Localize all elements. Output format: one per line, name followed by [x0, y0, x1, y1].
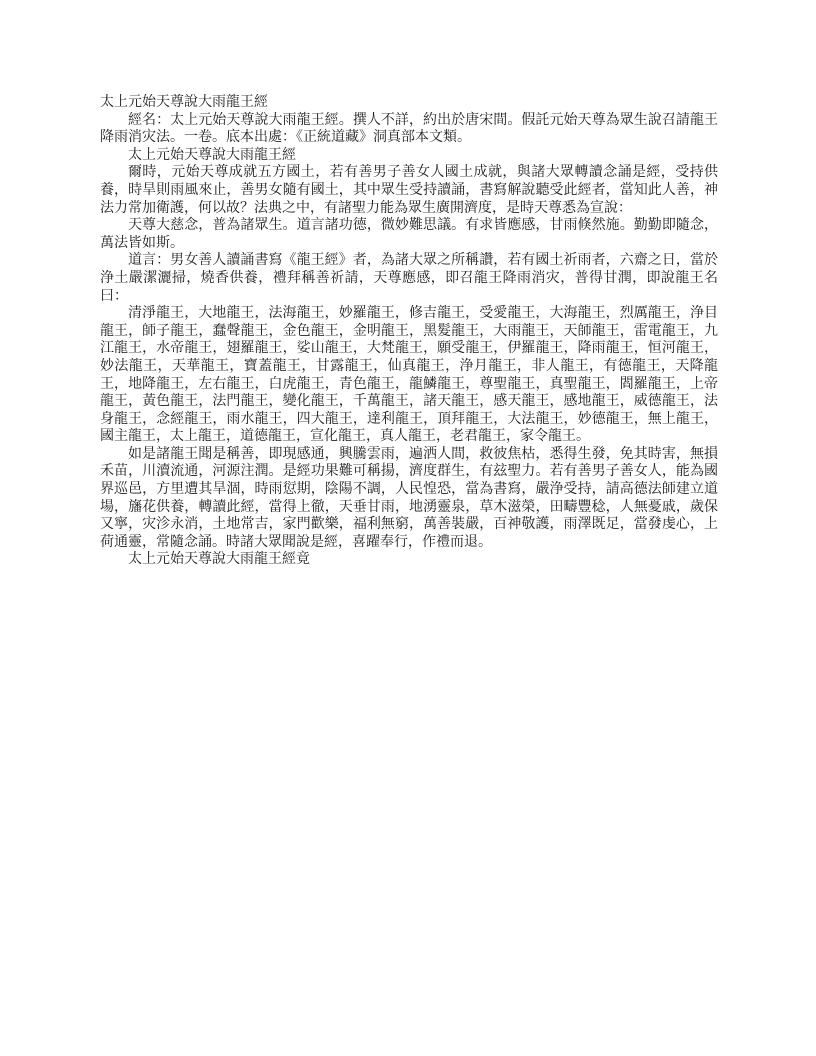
paragraph-dragon-kings-list: 清淨龍王，大地龍王，法海龍王，妙羅龍王，修吉龍王，受愛龍王，大海龍王，烈厲龍王，… [100, 305, 718, 446]
paragraph-daoyan: 道言：男女善人讀誦書寫《龍王經》者，為諸大眾之所稱讚，若有國土祈雨者，六齋之日，… [100, 252, 718, 305]
colophon: 經名：太上元始天尊說大雨龍王經。撰人不詳，約出於唐宋間。假託元始天尊為眾生說召請… [100, 112, 718, 147]
ending-line: 太上元始天尊說大雨龍王經竟 [100, 551, 718, 569]
paragraph-closing: 如是諸龍王聞是稱善，即現感通，興騰雲雨，遍洒人間，救彼焦枯，悉得生發，免其時害，… [100, 446, 718, 552]
document-title: 太上元始天尊說大雨龍王經 [100, 94, 718, 112]
document-page: 太上元始天尊說大雨龍王經 經名：太上元始天尊說大雨龍王經。撰人不詳，約出於唐宋間… [0, 0, 816, 1056]
paragraph-opening: 爾時，元始天尊成就五方國土，若有善男子善女人國土成就，與諸大眾轉讀念誦是經，受持… [100, 164, 718, 217]
section-heading: 太上元始天尊說大雨龍王經 [100, 147, 718, 165]
scripture-text: 太上元始天尊說大雨龍王經 經名：太上元始天尊說大雨龍王經。撰人不詳，約出於唐宋間… [100, 94, 718, 569]
paragraph-verse: 天尊大慈念，普為諸眾生。道言諸功德，微妙難思議。有求皆應感，甘雨倏然施。勤勤即隨… [100, 217, 718, 252]
